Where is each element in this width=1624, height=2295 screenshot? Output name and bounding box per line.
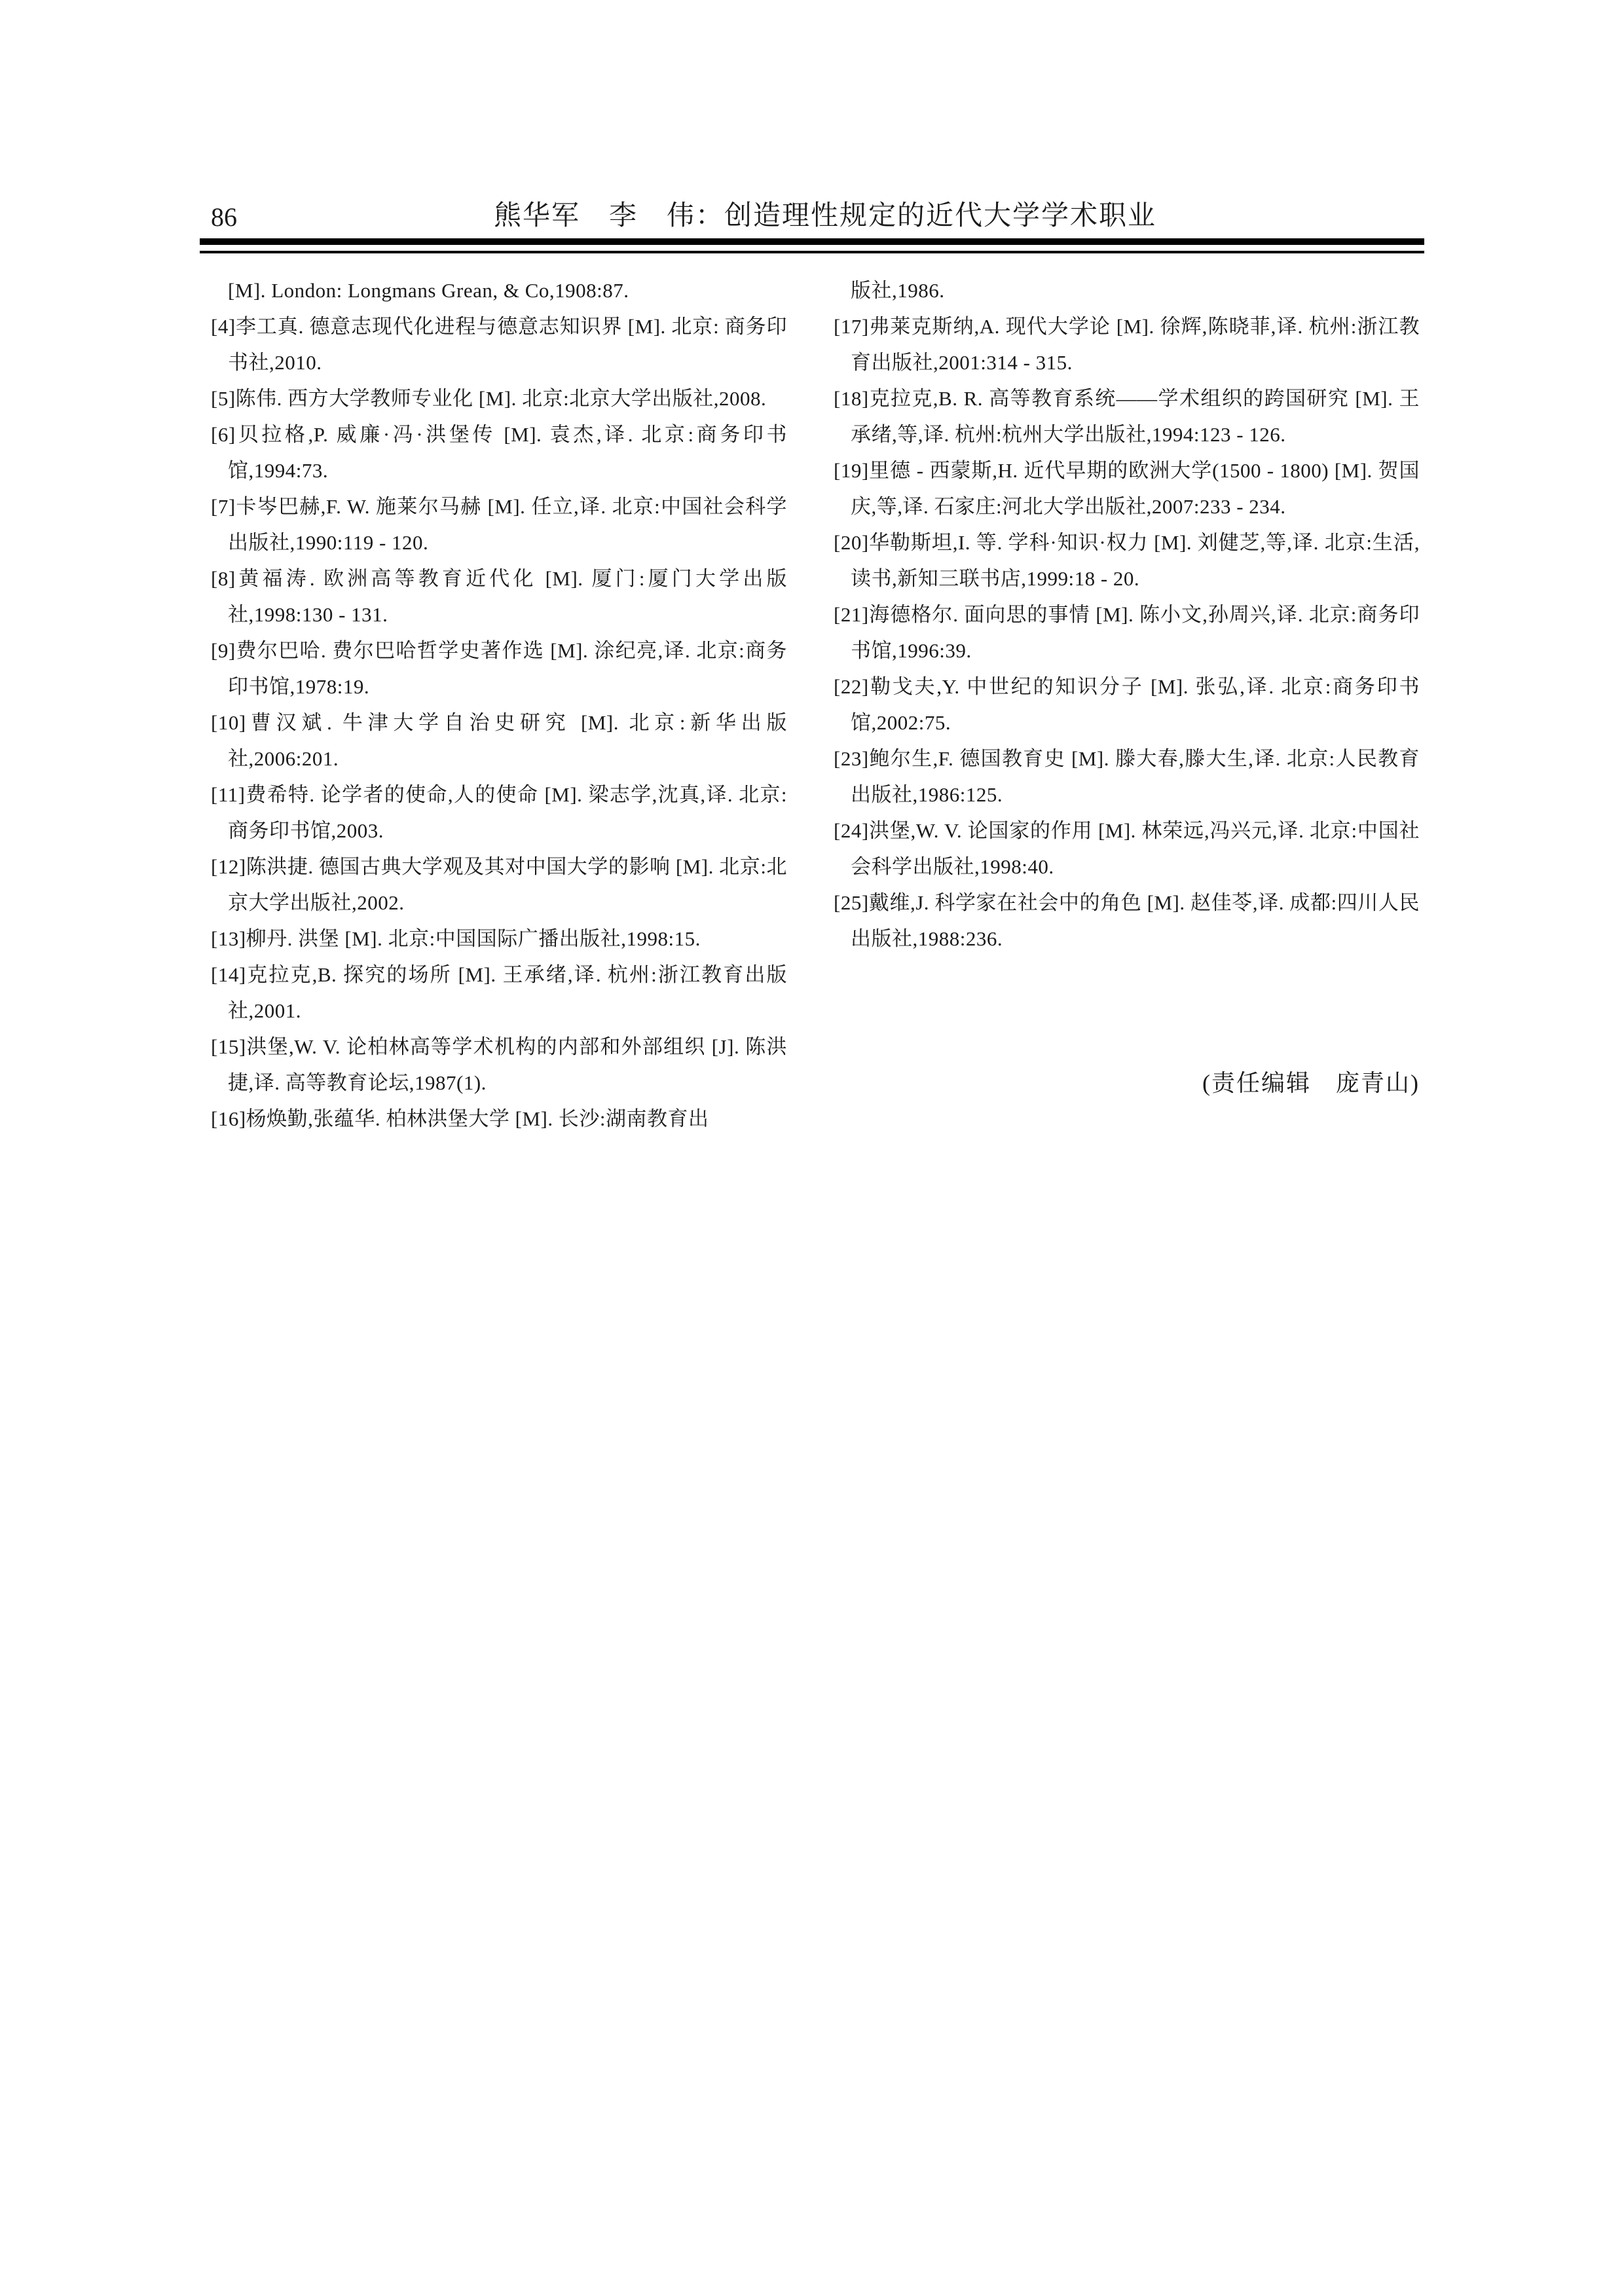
reference-text: 里德 - 西蒙斯,H. 近代早期的欧洲大学(1500 - 1800) [M]. … xyxy=(851,459,1420,518)
editor-note: (责任编辑 庞青山) xyxy=(1202,1067,1420,1099)
reference-text: 弗莱克斯纳,A. 现代大学论 [M]. 徐辉,陈晓菲,译. 杭州:浙江教育出版社… xyxy=(851,315,1420,374)
reference-text: 卡岑巴赫,F. W. 施莱尔马赫 [M]. 任立,译. 北京:中国社会科学出版社… xyxy=(228,495,787,554)
reference-item: [5]陈伟. 西方大学教师专业化 [M]. 北京:北京大学出版社,2008. xyxy=(211,380,787,416)
reference-item: [16]杨焕勤,张蕴华. 柏林洪堡大学 [M]. 长沙:湖南教育出 xyxy=(211,1101,787,1137)
references-left-column: [M]. London: Longmans Grean, & Co,1908:8… xyxy=(211,272,787,1137)
reference-number: [9] xyxy=(211,639,236,662)
reference-item: [21]海德格尔. 面向思的事情 [M]. 陈小文,孙周兴,译. 北京:商务印书… xyxy=(834,597,1420,669)
reference-number: [23] xyxy=(834,747,869,770)
reference-text: 洪堡,W. V. 论柏林高等学术机构的内部和外部组织 [J]. 陈洪捷,译. 高… xyxy=(228,1035,787,1094)
reference-number: [21] xyxy=(834,603,869,626)
reference-text: 海德格尔. 面向思的事情 [M]. 陈小文,孙周兴,译. 北京:商务印书馆,19… xyxy=(851,603,1420,662)
reference-number: [12] xyxy=(211,855,246,878)
reference-item: [20]华勒斯坦,I. 等. 学科·知识·权力 [M]. 刘健芝,等,译. 北京… xyxy=(834,524,1420,597)
reference-item: [7]卡岑巴赫,F. W. 施莱尔马赫 [M]. 任立,译. 北京:中国社会科学… xyxy=(211,488,787,560)
references-right-column: 版社,1986.[17]弗莱克斯纳,A. 现代大学论 [M]. 徐辉,陈晓菲,译… xyxy=(834,272,1420,957)
reference-item: [M]. London: Longmans Grean, & Co,1908:8… xyxy=(211,272,787,308)
reference-number: [10] xyxy=(211,711,246,734)
reference-number: [24] xyxy=(834,819,869,842)
reference-text: 黄福涛. 欧洲高等教育近代化 [M]. 厦门:厦门大学出版社,1998:130 … xyxy=(228,567,787,626)
reference-item: [13]柳丹. 洪堡 [M]. 北京:中国国际广播出版社,1998:15. xyxy=(211,921,787,957)
header-rule-thick xyxy=(200,238,1424,245)
reference-item: [15]洪堡,W. V. 论柏林高等学术机构的内部和外部组织 [J]. 陈洪捷,… xyxy=(211,1029,787,1101)
reference-number: [15] xyxy=(211,1035,246,1058)
reference-text: 戴维,J. 科学家在社会中的角色 [M]. 赵佳苓,译. 成都:四川人民出版社,… xyxy=(851,891,1420,950)
reference-item: [9]费尔巴哈. 费尔巴哈哲学史著作选 [M]. 涂纪亮,译. 北京:商务印书馆… xyxy=(211,633,787,705)
running-title: 熊华军 李 伟：创造理性规定的近代大学学术职业 xyxy=(0,200,1624,232)
reference-number: [16] xyxy=(211,1107,246,1130)
reference-item: [19]里德 - 西蒙斯,H. 近代早期的欧洲大学(1500 - 1800) [… xyxy=(834,452,1420,524)
reference-text: 费希特. 论学者的使命,人的使命 [M]. 梁志学,沈真,译. 北京:商务印书馆… xyxy=(228,783,787,842)
reference-number: [8] xyxy=(211,567,236,590)
reference-number: [14] xyxy=(211,963,246,986)
reference-text: [M]. London: Longmans Grean, & Co,1908:8… xyxy=(228,279,629,302)
reference-number: [18] xyxy=(834,387,869,410)
reference-item: [25]戴维,J. 科学家在社会中的角色 [M]. 赵佳苓,译. 成都:四川人民… xyxy=(834,885,1420,957)
reference-text: 柳丹. 洪堡 [M]. 北京:中国国际广播出版社,1998:15. xyxy=(246,927,701,950)
reference-text: 陈伟. 西方大学教师专业化 [M]. 北京:北京大学出版社,2008. xyxy=(236,387,767,410)
reference-item: [12]陈洪捷. 德国古典大学观及其对中国大学的影响 [M]. 北京:北京大学出… xyxy=(211,849,787,921)
reference-text: 鲍尔生,F. 德国教育史 [M]. 滕大春,滕大生,译. 北京:人民教育出版社,… xyxy=(851,747,1420,806)
reference-text: 费尔巴哈. 费尔巴哈哲学史著作选 [M]. 涂纪亮,译. 北京:商务印书馆,19… xyxy=(228,639,787,698)
reference-text: 克拉克,B. R. 高等教育系统——学术组织的跨国研究 [M]. 王承绪,等,译… xyxy=(851,387,1420,446)
reference-number: [20] xyxy=(834,531,869,554)
reference-item: [14]克拉克,B. 探究的场所 [M]. 王承绪,译. 杭州:浙江教育出版社,… xyxy=(211,957,787,1029)
reference-number: [25] xyxy=(834,891,869,914)
reference-item: [11]费希特. 论学者的使命,人的使命 [M]. 梁志学,沈真,译. 北京:商… xyxy=(211,777,787,849)
reference-item: [23]鲍尔生,F. 德国教育史 [M]. 滕大春,滕大生,译. 北京:人民教育… xyxy=(834,741,1420,813)
reference-text: 洪堡,W. V. 论国家的作用 [M]. 林荣远,冯兴元,译. 北京:中国社会科… xyxy=(851,819,1420,878)
reference-number: [17] xyxy=(834,315,869,338)
reference-text: 克拉克,B. 探究的场所 [M]. 王承绪,译. 杭州:浙江教育出版社,2001… xyxy=(228,963,787,1022)
reference-item: [4]李工真. 德意志现代化进程与德意志知识界 [M]. 北京: 商务印书社,2… xyxy=(211,308,787,380)
reference-item: [10]曹汉斌. 牛津大学自治史研究 [M]. 北京:新华出版社,2006:20… xyxy=(211,705,787,777)
reference-item: [6]贝拉格,P. 威廉·冯·洪堡传 [M]. 袁杰,译. 北京:商务印书馆,1… xyxy=(211,416,787,488)
reference-item: [17]弗莱克斯纳,A. 现代大学论 [M]. 徐辉,陈晓菲,译. 杭州:浙江教… xyxy=(834,308,1420,380)
reference-number: [19] xyxy=(834,459,869,482)
reference-item: [22]勒戈夫,Y. 中世纪的知识分子 [M]. 张弘,译. 北京:商务印书馆,… xyxy=(834,669,1420,741)
reference-text: 陈洪捷. 德国古典大学观及其对中国大学的影响 [M]. 北京:北京大学出版社,2… xyxy=(228,855,787,914)
reference-number: [22] xyxy=(834,675,869,698)
reference-number: [4] xyxy=(211,315,236,338)
reference-text: 杨焕勤,张蕴华. 柏林洪堡大学 [M]. 长沙:湖南教育出 xyxy=(246,1107,709,1130)
reference-text: 勒戈夫,Y. 中世纪的知识分子 [M]. 张弘,译. 北京:商务印书馆,2002… xyxy=(851,675,1420,734)
reference-number: [13] xyxy=(211,927,246,950)
reference-text: 李工真. 德意志现代化进程与德意志知识界 [M]. 北京: 商务印书社,2010… xyxy=(228,315,787,374)
reference-number: [11] xyxy=(211,783,246,806)
reference-text: 华勒斯坦,I. 等. 学科·知识·权力 [M]. 刘健芝,等,译. 北京:生活,… xyxy=(851,531,1420,590)
reference-number: [5] xyxy=(211,387,236,410)
reference-item: 版社,1986. xyxy=(834,272,1420,308)
reference-text: 贝拉格,P. 威廉·冯·洪堡传 [M]. 袁杰,译. 北京:商务印书馆,1994… xyxy=(228,423,787,482)
reference-text: 版社,1986. xyxy=(851,279,945,302)
reference-item: [24]洪堡,W. V. 论国家的作用 [M]. 林荣远,冯兴元,译. 北京:中… xyxy=(834,813,1420,885)
reference-text: 曹汉斌. 牛津大学自治史研究 [M]. 北京:新华出版社,2006:201. xyxy=(228,711,787,770)
reference-number: [7] xyxy=(211,495,236,518)
header-rule-thin xyxy=(200,251,1424,253)
reference-number: [6] xyxy=(211,423,236,446)
reference-item: [8]黄福涛. 欧洲高等教育近代化 [M]. 厦门:厦门大学出版社,1998:1… xyxy=(211,560,787,633)
reference-item: [18]克拉克,B. R. 高等教育系统——学术组织的跨国研究 [M]. 王承绪… xyxy=(834,380,1420,452)
